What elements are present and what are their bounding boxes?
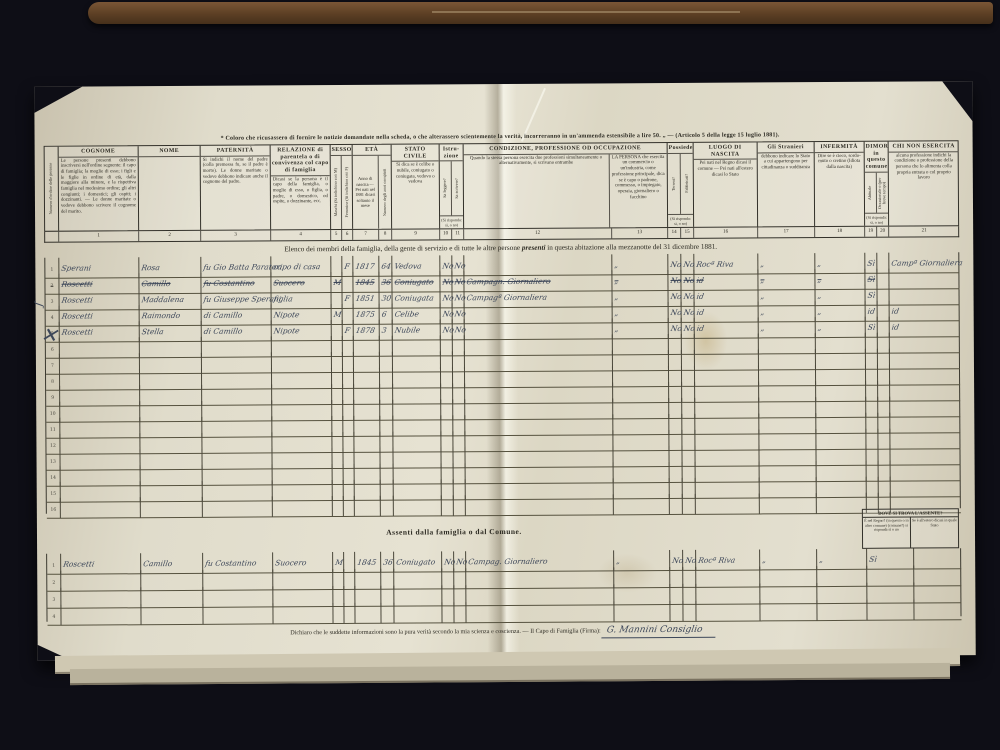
column-number: 3 — [201, 230, 271, 240]
subcol-sa-scrivere: Sa scrivere? — [452, 162, 463, 216]
photo-corner-shadow — [942, 81, 972, 121]
handwritten-cell — [454, 602, 466, 623]
col-header-infermita: INFERMITÀ Dire se è cieco, sordo-muto o … — [815, 142, 866, 226]
col-header-paternita: PATERNITÀ Si indichi il nome del padre (… — [201, 145, 272, 229]
istruzione-subcolumns: Sa leggere? Sa scrivere? — [440, 161, 463, 216]
subcol-professioni: Quando la stessa persona esercita due pr… — [464, 154, 610, 228]
column-number: 20 — [877, 227, 889, 237]
col-header-istruzione: Istru- zione Sa leggere? Sa scrivere? (S… — [440, 144, 465, 228]
handwritten-cell — [760, 600, 817, 621]
col-header-luogo-nascita: LUOGO DI NASCITA Pei nati nel Regno dica… — [694, 142, 759, 226]
handwritten-cell: No — [670, 550, 683, 571]
handwritten-cell — [442, 602, 454, 623]
column-number: 10 — [440, 229, 452, 239]
col-title: Istru- zione — [440, 144, 463, 160]
subcol-terreni: Terreni? — [668, 154, 681, 214]
handwritten-cell — [394, 602, 442, 623]
column-number: 15 — [681, 228, 694, 238]
handwritten-cell — [914, 599, 961, 620]
column-number: 7 — [353, 230, 379, 240]
col-title: PATERNITÀ — [201, 145, 270, 155]
col-title: SESSO — [331, 145, 352, 155]
eta-subcolumns: Anno di nascita — Pei nati nel 1881 dica… — [353, 154, 391, 229]
col-title: LUOGO DI NASCITA — [694, 142, 757, 159]
dimora-subcolumns: Abituale Occasionale o (per breve tempo) — [865, 171, 888, 213]
col-header-condizione: CONDIZIONE, PROFESSIONE OD OCCUPAZIONE Q… — [464, 143, 669, 228]
handwritten-cell — [683, 601, 696, 622]
column-number: 18 — [815, 227, 865, 237]
col-instructions: Le persone presenti debbono inscriversi … — [59, 156, 138, 231]
possiede-subcolumns: Terreni? Fabbricati? — [668, 153, 693, 214]
handwritten-cell: No — [669, 302, 682, 323]
istruzione-note: (Si risponda: sì, o no) — [440, 215, 463, 228]
subcol-sa-leggere: Sa leggere? — [440, 162, 452, 216]
col-header-nome: NOME — [139, 146, 202, 230]
col-header-chi-non-esercita: CHI NON ESERCITA alcuna professione indi… — [889, 141, 960, 225]
col-title: Possiede — [668, 143, 693, 153]
handwritten-cell: No — [442, 551, 454, 572]
col-header-ordine: Numero d'ordine delle persone — [45, 147, 60, 231]
column-number: 8 — [379, 230, 392, 240]
handwritten-cell — [141, 604, 203, 625]
condizione-subcolumns: Quando la stessa persona esercita due pr… — [464, 153, 667, 229]
handwritten-cell — [670, 601, 683, 622]
handwritten-cell: No — [668, 286, 681, 307]
head-of-family-signature: G. Mannini Consiglio — [601, 623, 717, 639]
margin-x-mark: ✕ — [39, 322, 59, 349]
column-number: 6 — [342, 230, 353, 240]
column-number: 17 — [758, 227, 815, 237]
census-form: ✕ ʃ * Coloro che ricusassero di fornire … — [44, 131, 962, 642]
handwritten-cell — [466, 601, 614, 623]
presenti-rows: 1SperaniRosafu Gio Batta Paratoricapo di… — [44, 252, 961, 514]
possiede-note: (Si risponda: sì, o no) — [668, 214, 693, 227]
col-instructions: alcuna professione indichi la condizione… — [889, 151, 959, 226]
ruler-glint — [432, 11, 740, 13]
handwritten-cell: No — [441, 319, 453, 340]
handwritten-cell — [867, 600, 914, 621]
col-header-dimora: DIMORA in questo comune Abituale Occasio… — [865, 142, 890, 226]
col-title: STATO CIVILE — [392, 144, 439, 161]
ordine-label: Numero d'ordine delle persone — [49, 163, 54, 215]
column-number: 14 — [668, 228, 681, 238]
handwritten-cell: No — [440, 255, 452, 276]
column-number: 5 — [331, 230, 342, 240]
handwritten-cell: No — [682, 302, 695, 323]
col-header-relazione: RELAZIONE di parentela o di convivenza c… — [271, 145, 332, 229]
handwritten-cell — [61, 604, 141, 625]
subcol-la-persona: LA PERSONA che esercita un commercio o u… — [609, 154, 667, 228]
col-title: CHI NON ESERCITA — [889, 141, 959, 151]
handwritten-cell: No — [440, 287, 452, 308]
col-title: DIMORA in questo comune — [865, 142, 888, 172]
column-number: 4 — [271, 230, 331, 240]
assenti-section-title: Assenti dalla famiglia o dal Comune. — [46, 509, 862, 554]
sesso-subcolumns: Maschi (Si indichino con M) Femmine (Si … — [331, 155, 352, 229]
table-header: Numero d'ordine delle persone COGNOME Le… — [44, 140, 960, 232]
subcol-anno-nascita: Anno di nascita — Pei nati nel 1881 dica… — [353, 155, 379, 228]
handwritten-cell: No — [681, 270, 694, 291]
col-title: NOME — [139, 146, 200, 156]
dove-si-trova-box: DOVE SI TROVA L'ASSENTE? È nel Regno? (i… — [862, 508, 959, 549]
col-header-cognome: COGNOME Le persone presenti debbono insc… — [59, 146, 140, 230]
declaration-text: Dichiaro che le suddette informazioni so… — [290, 627, 601, 636]
column-number — [45, 232, 59, 242]
handwritten-cell: No — [681, 286, 694, 307]
handwritten-cell: No — [682, 318, 695, 339]
handwritten-cell — [273, 603, 333, 624]
subcol-abituale: Abituale — [865, 172, 877, 212]
col-instructions: Si indichi il nome del padre (colla prem… — [201, 155, 270, 230]
col-instructions: debbono indicare lo Stato a cui apparten… — [758, 152, 814, 227]
col-title: RELAZIONE di parentela o di convivenza c… — [271, 145, 330, 175]
col-title: ETÀ — [353, 145, 391, 155]
handwritten-cell: No — [441, 303, 453, 324]
handwritten-cell — [333, 603, 344, 624]
col-instructions: Si dica se è celibe o nubile, coniugato … — [392, 161, 439, 229]
handwritten-cell: No — [668, 254, 681, 275]
column-number: 9 — [392, 229, 440, 239]
subcol-estero: Se è all'estero dicasi in quale Stato — [911, 517, 958, 547]
column-number: 19 — [865, 227, 877, 237]
handwritten-cell — [817, 600, 867, 621]
subcol-anni-compiuti: Numero degli anni compiuti — [378, 155, 391, 228]
col-header-sesso: SESSO Maschi (Si indichino con M) Femmin… — [331, 145, 354, 229]
subcol-maschi: Maschi (Si indichino con M) — [331, 156, 342, 229]
column-number: 21 — [889, 226, 959, 236]
dimora-note: (Si risponda: sì, o no) — [865, 213, 888, 226]
handwritten-cell — [344, 603, 355, 624]
handwritten-cell — [614, 601, 670, 622]
subcol-nel-regno: È nel Regno? (in questo o in altro comun… — [863, 518, 911, 548]
subcol-femmine: Femmine (Si indichino con F) — [342, 156, 352, 229]
col-instructions: Dicasi se la persona è il capo della fam… — [271, 175, 330, 230]
col-title: Gli Stranieri — [758, 142, 814, 152]
col-header-eta: ETÀ Anno di nascita — Pei nati nel 1881 … — [353, 145, 393, 229]
wooden-ruler — [88, 2, 993, 24]
column-number: 1 — [59, 231, 139, 241]
col-instructions: Dire se è cieco, sordo-muto o cretino (I… — [815, 151, 864, 226]
column-number: 16 — [694, 227, 758, 237]
column-number: 12 — [464, 228, 612, 239]
col-header-stato-civile: STATO CIVILE Si dica se è celibe o nubil… — [392, 144, 441, 228]
handwritten-cell: No — [440, 271, 452, 292]
handwritten-cell — [355, 603, 381, 624]
col-instructions: Pei nati nel Regno dicasi il comune — Pe… — [694, 159, 757, 227]
column-number: 2 — [139, 231, 201, 241]
handwritten-cell — [696, 600, 760, 621]
col-title: INFERMITÀ — [815, 142, 864, 152]
column-number: 11 — [452, 229, 464, 239]
handwritten-cell: No — [668, 270, 681, 291]
row-number: 4 — [47, 605, 61, 626]
handwritten-cell: No — [683, 550, 696, 571]
dove-subcolumns: È nel Regno? (in questo o in altro comun… — [863, 517, 958, 548]
assenti-rows: 1RoscettiCamillofu CostantinoSuoceroM184… — [46, 548, 961, 622]
handwritten-cell — [381, 603, 394, 624]
handwritten-cell: No — [669, 318, 682, 339]
col-instructions — [139, 156, 200, 231]
handwritten-cell: No — [681, 254, 694, 275]
col-title: COGNOME — [59, 146, 138, 156]
census-sheet: ✕ ʃ * Coloro che ricusassero di fornire … — [34, 81, 975, 661]
subcol-fabbricati: Fabbricati? — [681, 154, 693, 214]
photo-corner-shadow — [34, 87, 82, 113]
photo-of-census-document: { "colors":{"photo_background":"#0e0e16"… — [0, 0, 1000, 750]
column-number: 13 — [612, 228, 668, 238]
subcol-occasionale: Occasionale o (per breve tempo) — [877, 172, 888, 212]
col-header-possiede: Possiede Terreni? Fabbricati? (Si rispon… — [668, 143, 695, 227]
assenti-header-band: Assenti dalla famiglia o dal Comune. DOV… — [46, 508, 959, 554]
col-header-stranieri: Gli Stranieri debbono indicare lo Stato … — [758, 142, 816, 226]
handwritten-cell — [203, 603, 273, 624]
